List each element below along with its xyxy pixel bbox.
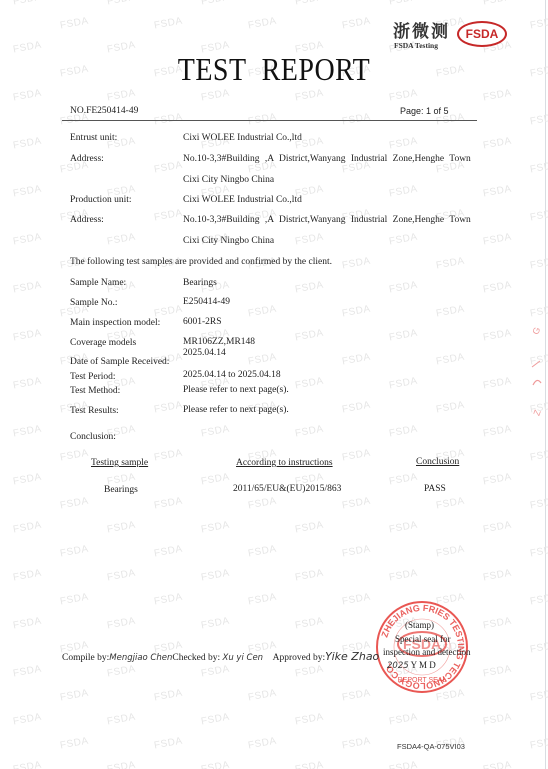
sample-name-value: Bearings [183,278,217,288]
test-results-label: Test Results: [70,406,119,416]
watermark-text: FSDA [388,136,418,152]
cell-conclusion-pass: PASS [424,484,446,494]
watermark-text: FSDA [482,184,512,200]
watermark-text: FSDA [482,760,512,769]
watermark-text: FSDA [482,0,512,7]
watermark-text: FSDA [200,712,230,728]
header-divider [62,120,477,121]
watermark-text: FSDA [388,472,418,488]
watermark-text: FSDA [247,496,277,512]
watermark-text: FSDA [106,616,136,632]
watermark-text: FSDA [12,424,42,440]
watermark-text: FSDA [12,0,42,7]
watermark-text: FSDA [341,352,371,368]
watermark-text: FSDA [12,328,42,344]
watermark-text: FSDA [12,664,42,680]
watermark-text: FSDA [341,256,371,272]
watermark-text: FSDA [482,136,512,152]
watermark-text: FSDA [153,400,183,416]
production-address-label: Address: [70,215,104,225]
watermark-text: FSDA [388,424,418,440]
watermark-text: FSDA [341,736,371,752]
watermark-text: FSDA [200,472,230,488]
approved-by-label: Approved by: [273,653,326,663]
watermark-text: FSDA [341,16,371,32]
watermark-text: FSDA [153,736,183,752]
main-model-label: Main inspection model: [70,318,160,328]
watermark-text: FSDA [341,400,371,416]
watermark-text: FSDA [12,520,42,536]
watermark-text: FSDA [247,592,277,608]
sample-no-label: Sample No.: [70,298,118,308]
watermark-text: FSDA [59,544,89,560]
report-title-text: TEST REPORT [178,53,371,89]
coverage-models-label: Coverage models [70,338,136,348]
watermark-text: FSDA [294,328,324,344]
production-address-line-1: No.10-3,3#Building ,A District,Wanyang I… [183,215,471,225]
svg-text:REPORT SEAL: REPORT SEAL [398,677,447,684]
watermark-text: FSDA [200,520,230,536]
production-address-line-2: Cixi City Ningbo China [183,236,274,246]
test-period-label: Test Period: [70,372,116,382]
production-unit-label: Production unit: [70,195,132,205]
sample-name-label: Sample Name: [70,278,126,288]
page-indicator: Page: 1 of 5 [400,106,449,116]
watermark-text: FSDA [388,520,418,536]
watermark-text: FSDA [12,376,42,392]
watermark-text: FSDA [106,40,136,56]
checked-signature: Xu yi Cen [223,653,264,663]
watermark-text: FSDA [153,544,183,560]
conclusion-label: Conclusion: [70,432,116,442]
col-header-according-to-instructions: According to instructions [236,458,333,468]
compile-by-label: Compile by: [62,653,109,663]
watermark-text: FSDA [294,760,324,769]
watermark-text: FSDA [482,472,512,488]
watermark-text: FSDA [106,88,136,104]
watermark-text: FSDA [388,184,418,200]
watermark-text: FSDA [153,208,183,224]
svg-text:G: G [531,326,543,336]
fsda-oval-logo-icon: FSDA [457,21,507,47]
document-code: FSDA4-QA-075VI03 [397,742,465,751]
watermark-text: FSDA [388,760,418,769]
watermark-text: FSDA [294,280,324,296]
coverage-models-value: MR106ZZ,MR148 [183,337,255,347]
watermark-text: FSDA [59,496,89,512]
watermark-text: FSDA [294,376,324,392]
watermark-text: FSDA [106,568,136,584]
watermark-text: FSDA [12,88,42,104]
cell-testing-sample: Bearings [104,485,138,495]
test-results-value: Please refer to next page(s). [183,405,289,415]
watermark-text: FSDA [153,496,183,512]
watermark-text: FSDA [482,232,512,248]
watermark-text: FSDA [200,424,230,440]
seal-date: 2025 Y M D [387,660,436,671]
logo-english-text: FSDA Testing [394,41,438,50]
watermark-text: FSDA [247,304,277,320]
watermark-text: FSDA [12,712,42,728]
report-number: NO.FE250414-49 [70,106,138,116]
watermark-text: FSDA [294,424,324,440]
date-received-label: Date of Sample Received: [70,357,169,367]
watermark-text: FSDA [12,40,42,56]
test-method-value: Please refer to next page(s). [183,385,289,395]
watermark-text: FSDA [294,232,324,248]
watermark-text: FSDA [106,232,136,248]
watermark-text: FSDA [294,88,324,104]
watermark-text: FSDA [247,544,277,560]
col-header-conclusion: Conclusion [416,457,459,467]
address-line-2: Cixi City Ningbo China [183,175,274,185]
watermark-text: FSDA [59,448,89,464]
test-period-value: 2025.04.14 to 2025.04.18 [183,370,281,380]
watermark-text: FSDA [200,88,230,104]
address-label: Address: [70,154,104,164]
entrust-unit-label: Entrust unit: [70,133,117,143]
watermark-text: FSDA [435,352,465,368]
watermark-text: FSDA [153,16,183,32]
watermark-text: FSDA [59,688,89,704]
seal-special-label: Special seal for [395,634,450,644]
watermark-text: FSDA [247,736,277,752]
report-title: TEST REPORT [0,55,548,87]
watermark-text: FSDA [153,688,183,704]
watermark-text: FSDA [153,160,183,176]
signature-line: Compile by:Mengjiao ChenChecked by: Xu y… [62,650,379,663]
checked-by-label: Checked by: [172,653,220,663]
watermark-text: FSDA [12,280,42,296]
watermark-text: FSDA [388,88,418,104]
watermark-text: FSDA [247,16,277,32]
watermark-text: FSDA [247,352,277,368]
watermark-text: FSDA [341,496,371,512]
address-line-1: No.10-3,3#Building ,A District,Wanyang I… [183,154,471,164]
test-report-page: FSDAFSDAFSDAFSDAFSDAFSDAFSDAFSDAFSDAFSDA… [0,0,548,769]
watermark-text: FSDA [482,88,512,104]
watermark-text: FSDA [294,568,324,584]
sample-intro-text: The following test samples are provided … [70,257,332,267]
watermark-text: FSDA [388,712,418,728]
seal-date-ymd: Y M D [411,660,436,670]
date-received-value: 2025.04.14 [183,348,226,358]
logo-chinese-text: 浙微测 [393,17,450,42]
cell-according-to-instructions: 2011/65/EU&(EU)2015/863 [233,484,341,494]
watermark-text: FSDA [435,400,465,416]
watermark-text: FSDA [294,616,324,632]
watermark-text: FSDA [294,0,324,7]
watermark-text: FSDA [200,760,230,769]
seal-date-year: 2025 [387,661,409,671]
watermark-text: FSDA [482,424,512,440]
watermark-text: FSDA [12,136,42,152]
watermark-text: FSDA [106,712,136,728]
watermark-text: FSDA [200,616,230,632]
watermark-text: FSDA [247,688,277,704]
watermark-text: FSDA [388,376,418,392]
watermark-text: FSDA [482,520,512,536]
watermark-text: FSDA [482,568,512,584]
watermark-text: FSDA [153,592,183,608]
watermark-text: FSDA [294,520,324,536]
approved-signature: Yike Zhao [325,650,379,663]
watermark-text: FSDA [200,0,230,7]
watermark-text: FSDA [106,520,136,536]
watermark-text: FSDA [200,568,230,584]
watermark-text: FSDA [388,328,418,344]
watermark-text: FSDA [482,616,512,632]
watermark-text: FSDA [341,304,371,320]
watermark-text: FSDA [388,232,418,248]
col-header-testing-sample: Testing sample [91,458,148,468]
page-edge-line [545,0,546,769]
partial-seal-marks-icon: G Z [528,315,544,425]
watermark-text: FSDA [12,760,42,769]
production-unit-value: Cixi WOLEE Industrial Co.,ltd [183,195,302,205]
watermark-text: FSDA [388,568,418,584]
watermark-text: FSDA [341,448,371,464]
report-seal-stamp: ZHEJIANG FRIES TESTING TECHNOLOGY CO. FS… [375,600,469,694]
watermark-text: FSDA [341,592,371,608]
watermark-text: FSDA [482,664,512,680]
watermark-text: FSDA [12,232,42,248]
watermark-text: FSDA [482,328,512,344]
watermark-text: FSDA [294,712,324,728]
watermark-text: FSDA [341,688,371,704]
sample-no-value: E250414-49 [183,297,230,307]
watermark-text: FSDA [435,496,465,512]
watermark-text: FSDA [341,544,371,560]
watermark-text: FSDA [12,472,42,488]
watermark-text: FSDA [59,592,89,608]
watermark-text: FSDA [435,544,465,560]
watermark-text: FSDA [388,0,418,7]
test-method-label: Test Method: [70,386,120,396]
compile-signature: Mengjiao Chen [109,653,172,663]
watermark-text: FSDA [153,448,183,464]
watermark-text: FSDA [12,184,42,200]
seal-stamp-label: (Stamp) [405,620,434,630]
watermark-text: FSDA [106,664,136,680]
svg-text:Z: Z [531,408,542,417]
watermark-text: FSDA [388,280,418,296]
watermark-text: FSDA [435,256,465,272]
watermark-text: FSDA [482,376,512,392]
watermark-text: FSDA [200,664,230,680]
watermark-text: FSDA [482,712,512,728]
watermark-text: FSDA [59,16,89,32]
watermark-text: FSDA [59,736,89,752]
watermark-text: FSDA [106,760,136,769]
watermark-text: FSDA [294,664,324,680]
main-model-value: 6001-2RS [183,317,222,327]
watermark-text: FSDA [12,616,42,632]
seal-inspection-label: inspection and detection [383,647,470,657]
watermark-text: FSDA [12,568,42,584]
watermark-text: FSDA [482,280,512,296]
entrust-unit-value: Cixi WOLEE Industrial Co.,ltd [183,133,302,143]
watermark-text: FSDA [435,304,465,320]
watermark-text: FSDA [106,0,136,7]
